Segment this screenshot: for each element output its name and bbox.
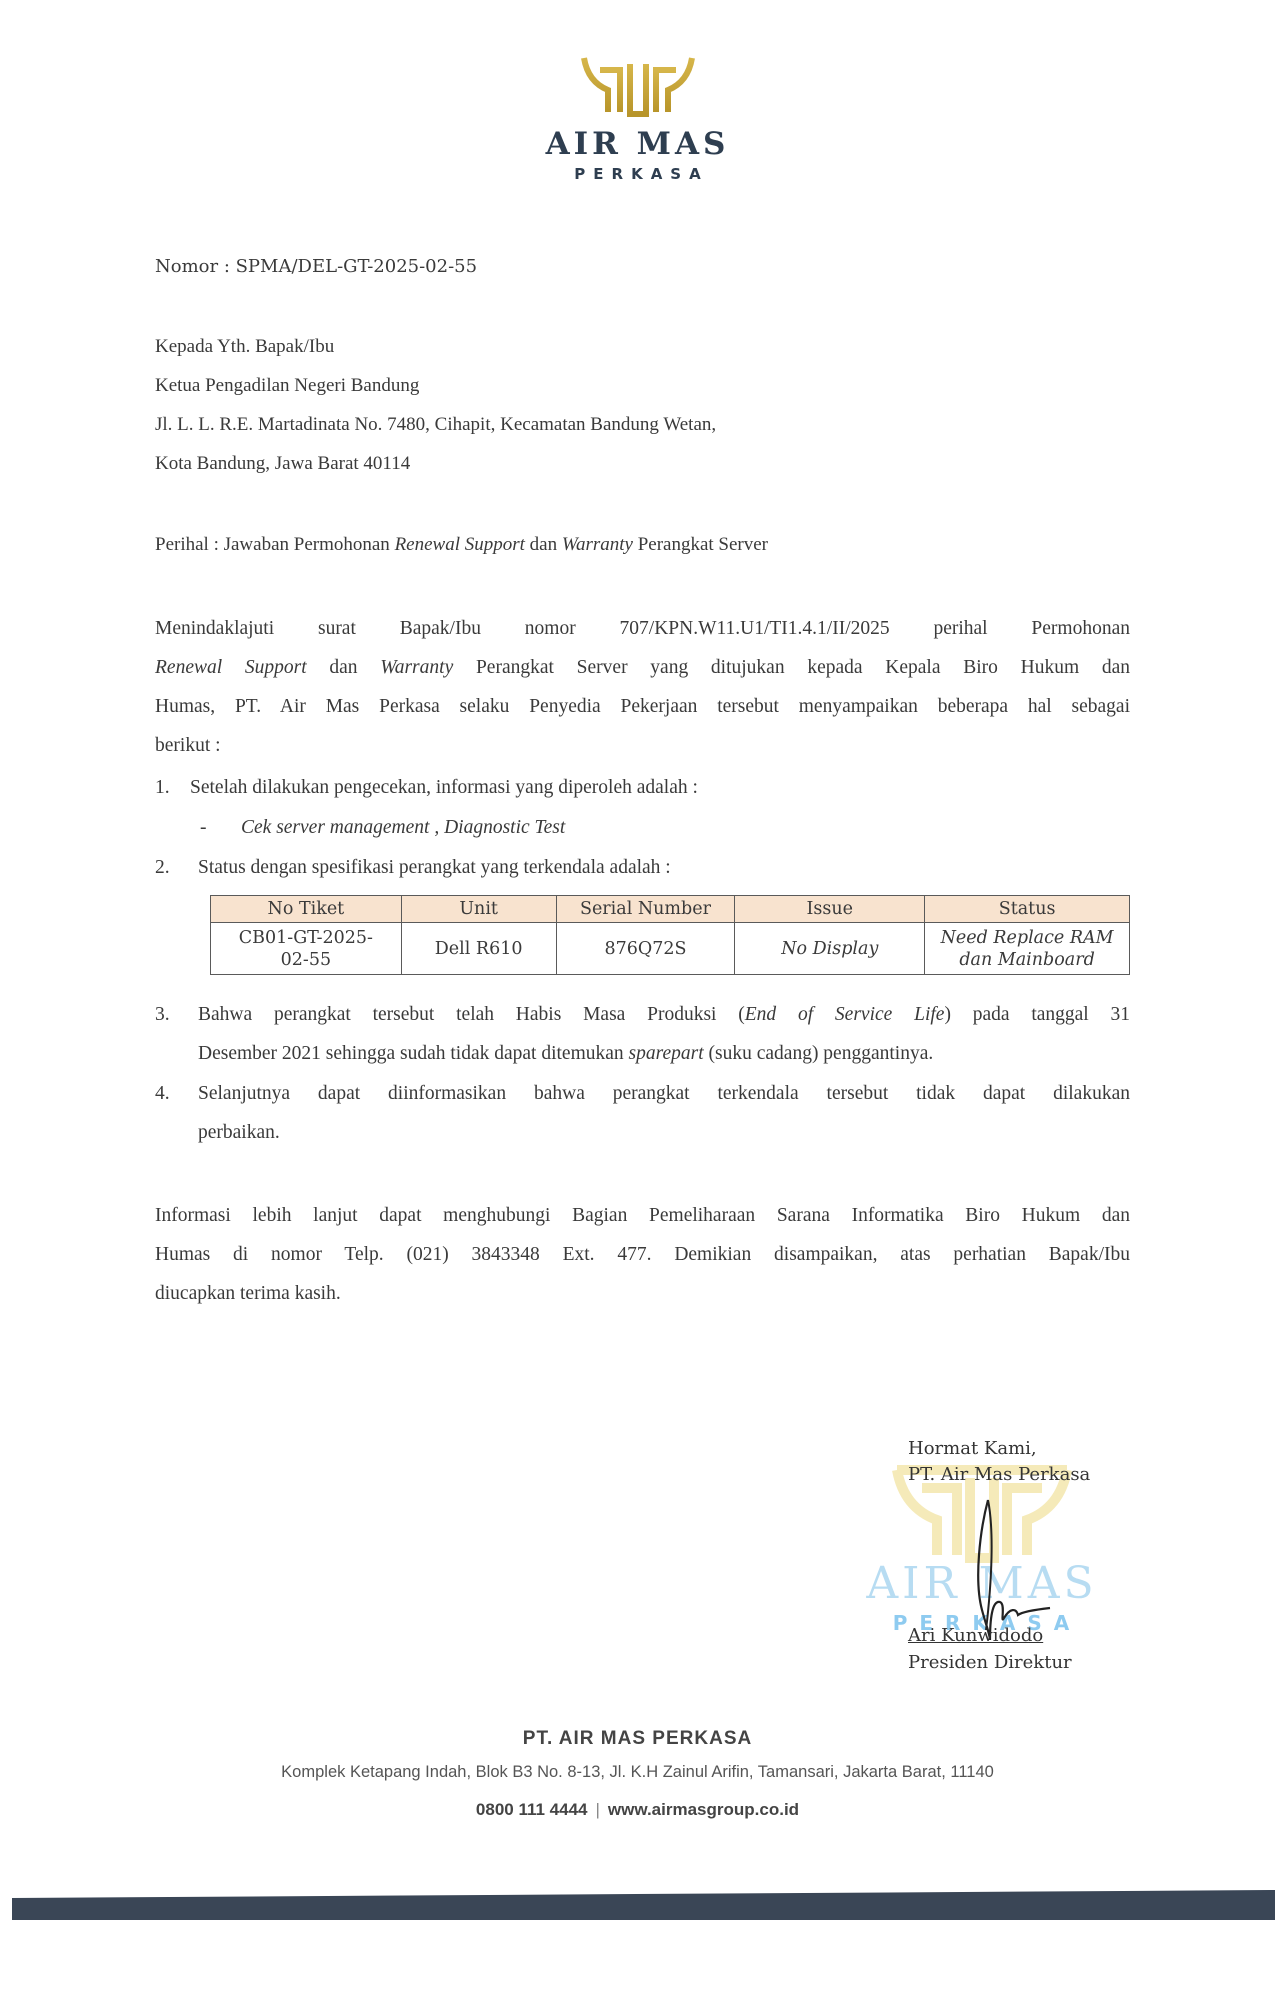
item-3-italic-eosl: End of Service Life: [745, 1004, 945, 1025]
signer-title: Presiden Direktur: [908, 1651, 1072, 1675]
list-item-2-text: Status dengan spesifikasi perangkat yang…: [198, 857, 671, 879]
subject-suffix: Perangkat Server: [633, 534, 768, 555]
intro-italic-warranty: Warranty: [380, 657, 453, 678]
item-3-italic-sparepart: sparepart: [629, 1043, 704, 1064]
closing-line-3: diucapkan terima kasih.: [155, 1282, 1130, 1321]
header-unit: Unit: [401, 896, 556, 923]
cell-ticket: CB01-GT-2025-02-55: [211, 923, 402, 975]
item-3-line-2: Desember 2021 sehingga sudah tidak dapat…: [198, 1043, 1130, 1082]
signature-greeting: Hormat Kami,: [908, 1437, 1037, 1461]
header-no-tiket: No Tiket: [211, 896, 402, 923]
closing-paragraph: Informasi lebih lanjut dapat menghubungi…: [155, 1204, 1130, 1321]
signer-name: Ari Kunwidodo: [908, 1624, 1043, 1648]
cell-unit: Dell R610: [401, 923, 556, 975]
cell-serial: 876Q72S: [556, 923, 735, 975]
recipient-line-2: Ketua Pengadilan Negeri Bandung: [155, 374, 419, 398]
intro-line-2-rest: Perangkat Server yang ditujukan kepada K…: [453, 657, 1130, 678]
sub-bullet-text: Cek server management , Diagnostic Test: [241, 817, 565, 839]
status-line-1: Need Replace RAM: [941, 928, 1114, 948]
footer-address: Komplek Ketapang Indah, Blok B3 No. 8-13…: [0, 1763, 1275, 1782]
intro-paragraph: Menindaklajuti surat Bapak/Ibu nomor 707…: [155, 617, 1130, 773]
intro-italic-renewal: Renewal Support: [155, 657, 307, 678]
logo-subtitle: PERKASA: [0, 165, 1275, 183]
air-mas-emblem-icon: [578, 52, 698, 117]
sub-bullet-dash: -: [200, 817, 207, 839]
header-status: Status: [925, 896, 1130, 923]
cell-issue: No Display: [735, 923, 925, 975]
recipient-line-4: Kota Bandung, Jawa Barat 40114: [155, 452, 410, 476]
device-status-table: No Tiket Unit Serial Number Issue Status…: [210, 895, 1130, 975]
list-number-1: 1.: [155, 777, 170, 799]
item-4-line-2: perbaikan.: [198, 1122, 1130, 1161]
subject-italic-renewal: Renewal Support: [395, 534, 525, 555]
footer-phone: 0800 111 4444: [476, 1800, 588, 1819]
closing-line-1: Informasi lebih lanjut dapat menghubungi…: [155, 1204, 1130, 1243]
list-item-4-text: Selanjutnya dapat diinformasikan bahwa p…: [198, 1083, 1130, 1161]
table-row: CB01-GT-2025-02-55 Dell R610 876Q72S No …: [211, 923, 1130, 975]
item-4-line-1: Selanjutnya dapat diinformasikan bahwa p…: [198, 1083, 1130, 1122]
item-3-line-1: Bahwa perangkat tersebut telah Habis Mas…: [198, 1004, 1130, 1043]
subject-line: Perihal : Jawaban Permohonan Renewal Sup…: [155, 533, 768, 557]
table-header-row: No Tiket Unit Serial Number Issue Status: [211, 896, 1130, 923]
signature-company: PT. Air Mas Perkasa: [908, 1463, 1090, 1487]
item-3-line-1-pre: Bahwa perangkat tersebut telah Habis Mas…: [198, 1004, 745, 1025]
intro-mid: dan: [307, 657, 381, 678]
header-serial-number: Serial Number: [556, 896, 735, 923]
intro-line-4: berikut :: [155, 734, 1130, 773]
ticket-line-1: CB01-GT-2025-: [239, 928, 373, 948]
footer-website-link[interactable]: www.airmasgroup.co.id: [608, 1800, 799, 1819]
list-number-2: 2.: [155, 857, 170, 879]
list-number-4: 4.: [155, 1083, 170, 1105]
intro-line-3: Humas, PT. Air Mas Perkasa selaku Penyed…: [155, 695, 1130, 734]
recipient-line-1: Kepada Yth. Bapak/Ibu: [155, 335, 334, 359]
footer-company: PT. AIR MAS PERKASA: [0, 1728, 1275, 1750]
letter-number: Nomor : SPMA/DEL-GT-2025-02-55: [155, 255, 477, 279]
footer-contact: 0800 111 4444|www.airmasgroup.co.id: [0, 1800, 1275, 1820]
recipient-line-3: Jl. L. L. R.E. Martadinata No. 7480, Cih…: [155, 413, 716, 437]
status-line-2: dan Mainboard: [959, 950, 1094, 970]
item-3-line-1-post: ) pada tanggal 31: [944, 1004, 1130, 1025]
closing-line-2: Humas di nomor Telp. (021) 3843348 Ext. …: [155, 1243, 1130, 1282]
cell-status: Need Replace RAMdan Mainboard: [925, 923, 1130, 975]
subject-italic-warranty: Warranty: [562, 534, 633, 555]
header-issue: Issue: [735, 896, 925, 923]
footer-separator: |: [588, 1800, 608, 1819]
list-number-3: 3.: [155, 1004, 170, 1026]
intro-line-1: Menindaklajuti surat Bapak/Ibu nomor 707…: [155, 617, 1130, 656]
item-3-line-2-pre: Desember 2021 sehingga sudah tidak dapat…: [198, 1043, 629, 1064]
logo-name: AIR MAS: [0, 127, 1275, 161]
subject-mid: dan: [525, 534, 562, 555]
subject-prefix: Perihal : Jawaban Permohonan: [155, 534, 395, 555]
list-item-3-text: Bahwa perangkat tersebut telah Habis Mas…: [198, 1004, 1130, 1082]
list-item-1-text: Setelah dilakukan pengecekan, informasi …: [190, 777, 698, 799]
footer-bottom-bar: [12, 1890, 1275, 1920]
letterhead-logo: AIR MAS PERKASA: [0, 52, 1275, 183]
intro-line-2: Renewal Support dan Warranty Perangkat S…: [155, 656, 1130, 695]
item-3-line-2-post: (suku cadang) penggantinya.: [704, 1043, 934, 1064]
ticket-line-2: 02-55: [281, 950, 331, 970]
